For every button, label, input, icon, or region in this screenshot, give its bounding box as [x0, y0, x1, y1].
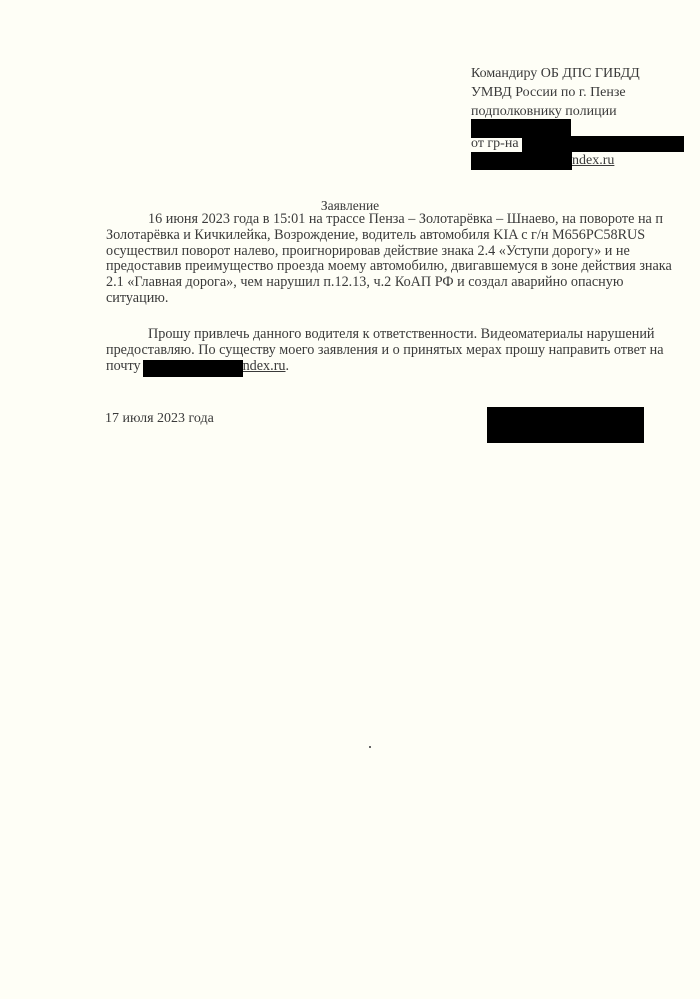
p1-line-5: 2.1 «Главная дорога», чем нарушил п.12.1…: [106, 275, 700, 291]
addressee-line-2: УМВД России по г. Пензе: [471, 83, 640, 102]
from-label: от гр-на: [471, 136, 519, 151]
addressee-line-1: Командиру ОБ ДПС ГИБДД: [471, 64, 640, 83]
document-date: 17 июля 2023 года: [105, 411, 214, 427]
paragraph-1: 16 июня 2023 года в 15:01 на трассе Пенз…: [106, 212, 700, 307]
sender-email-suffix: ndex.ru: [572, 153, 614, 168]
redacted-sender-name: [522, 136, 684, 152]
email-trailing: .: [286, 359, 290, 374]
scan-speck: [369, 746, 371, 748]
sender-email-line: ndex.ru: [572, 151, 614, 170]
email-prefix-label: почту: [106, 359, 141, 374]
p1-line-6: ситуацию.: [106, 291, 700, 307]
p1-line-2: Золотарёвка и Кичкилейка, Возрождение, в…: [106, 228, 700, 244]
p1-line-1: 16 июня 2023 года в 15:01 на трассе Пенз…: [106, 212, 700, 228]
p1-line-4: предоставив преимущество проезда моему а…: [106, 259, 700, 275]
body-email-suffix: ndex.ru: [243, 359, 286, 374]
p2-line-2: предоставляю. По существу моего заявлени…: [106, 343, 700, 359]
addressee-block: Командиру ОБ ДПС ГИБДД УМВД России по г.…: [471, 64, 640, 121]
redacted-body-email: [143, 360, 243, 377]
redacted-sender-email: [471, 152, 572, 170]
sender-line: от гр-на: [471, 134, 519, 153]
redacted-signature: [487, 407, 644, 443]
p1-line-3: осуществил поворот налево, проигнорирова…: [106, 244, 700, 260]
document-page: Командиру ОБ ДПС ГИБДД УМВД России по г.…: [0, 0, 700, 999]
p2-line-1: Прошу привлечь данного водителя к ответс…: [106, 327, 700, 343]
